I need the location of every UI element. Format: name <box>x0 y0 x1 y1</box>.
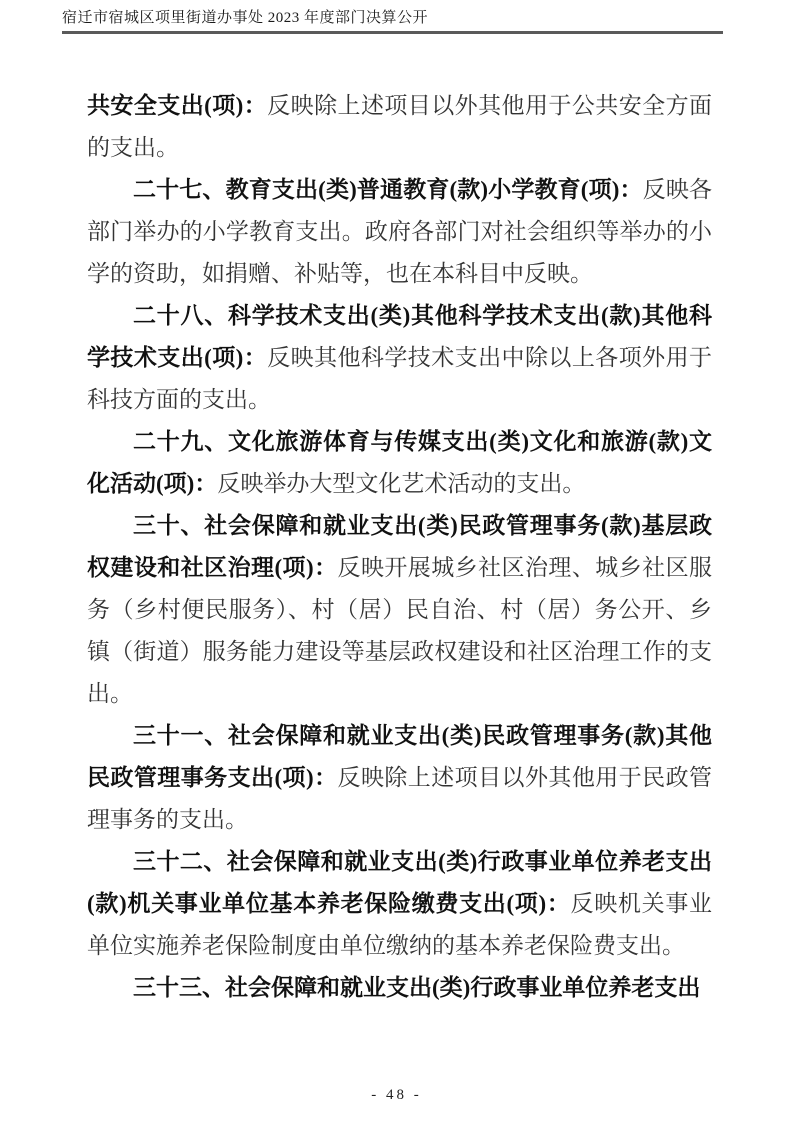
paragraph: 二十八、科学技术支出(类)其他科学技术支出(款)其他科学技术支出(项)：反映其他… <box>87 295 712 421</box>
document-page: 宿迁市宿城区项里街道办事处 2023 年度部门决算公开 共安全支出(项)：反映除… <box>0 0 793 1122</box>
paragraph: 三十一、社会保障和就业支出(类)民政管理事务(款)其他民政管理事务支出(项)：反… <box>87 715 712 841</box>
paragraph: 三十二、社会保障和就业支出(类)行政事业单位养老支出(款)机关事业单位基本养老保… <box>87 841 712 967</box>
paragraph: 二十九、文化旅游体育与传媒支出(类)文化和旅游(款)文化活动(项)：反映举办大型… <box>87 421 712 505</box>
page-header: 宿迁市宿城区项里街道办事处 2023 年度部门决算公开 <box>62 9 723 34</box>
section-heading-text: 二十七、教育支出(类)普通教育(款)小学教育(项)： <box>133 177 643 202</box>
section-body-text: 反映举办大型文化艺术活动的支出。 <box>217 471 585 496</box>
section-heading-text: 三十三、社会保障和就业支出(类)行政事业单位养老支出 <box>133 975 700 1000</box>
header-title: 宿迁市宿城区项里街道办事处 2023 年度部门决算公开 <box>62 9 723 27</box>
page-footer: - 48 - <box>0 1086 793 1104</box>
paragraph: 二十七、教育支出(类)普通教育(款)小学教育(项)：反映各部门举办的小学教育支出… <box>87 169 712 295</box>
page-number: - 48 - <box>371 1087 422 1103</box>
paragraph: 共安全支出(项)：反映除上述项目以外其他用于公共安全方面的支出。 <box>87 85 712 169</box>
document-body: 共安全支出(项)：反映除上述项目以外其他用于公共安全方面的支出。二十七、教育支出… <box>87 85 712 1009</box>
paragraph: 三十三、社会保障和就业支出(类)行政事业单位养老支出 <box>87 967 712 1009</box>
paragraph: 三十、社会保障和就业支出(类)民政管理事务(款)基层政权建设和社区治理(项)：反… <box>87 505 712 715</box>
section-heading-text: 共安全支出(项)： <box>87 93 267 118</box>
